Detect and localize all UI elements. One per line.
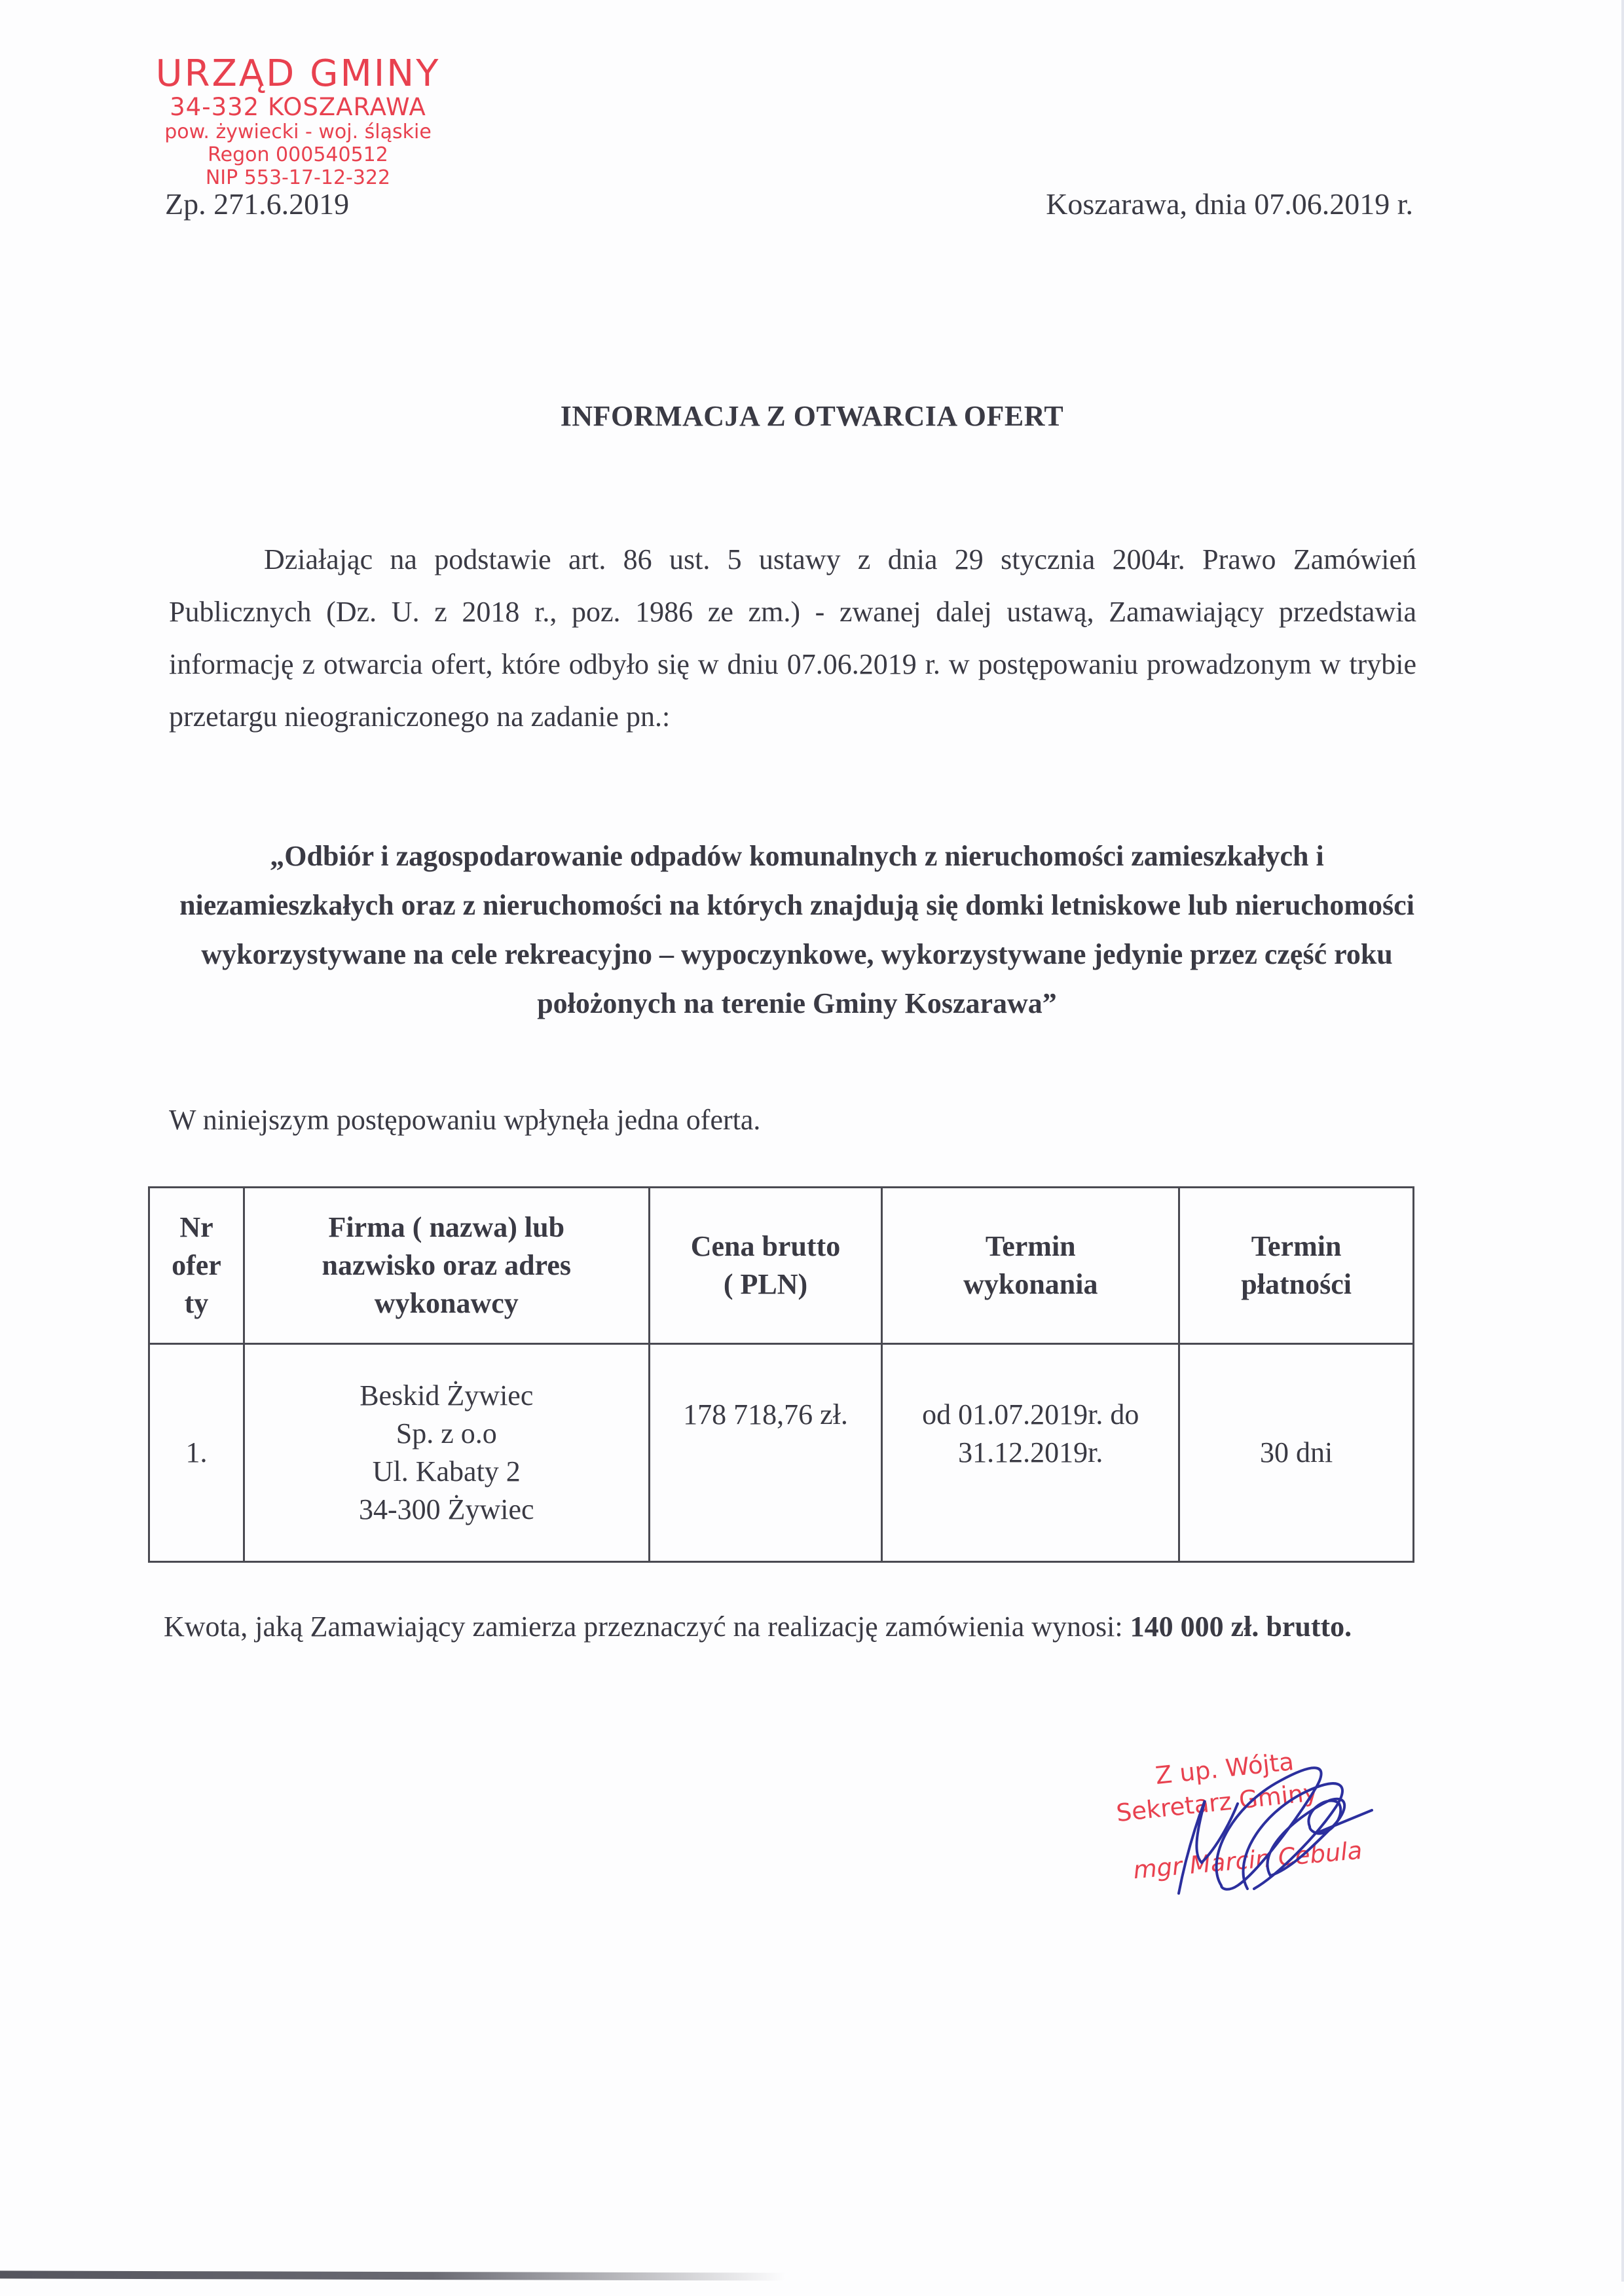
offers-count-note: W niniejszym postępowaniu wpłynęła jedna… (169, 1103, 760, 1137)
budget-paragraph: Kwota, jaką Zamawiający zamierza przezna… (164, 1601, 1414, 1653)
execution-term: od 01.07.2019r. do 31.12.2019r. (882, 1344, 1179, 1562)
stamp-postal-address: 34-332 KOSZARAWA (134, 95, 462, 119)
stamp-office-name: URZĄD GMINY (134, 56, 462, 92)
offer-number: 1. (149, 1344, 244, 1562)
header-offer-number: Nr ofer ty (149, 1188, 244, 1344)
office-stamp: URZĄD GMINY 34-332 KOSZARAWA pow. żywiec… (134, 56, 462, 188)
signature-block: Z up. Wójta Sekretarz Gminy mgr Marcin C… (1107, 1728, 1408, 1899)
budget-amount: 140 000 zł. brutto. (1130, 1611, 1352, 1643)
header-contractor: Firma ( nazwa) lub nazwisko oraz adres w… (244, 1188, 649, 1344)
gross-price: 178 718,76 zł. (649, 1344, 882, 1562)
scan-shadow-edge (0, 2270, 786, 2280)
intro-paragraph: Działając na podstawie art. 86 ust. 5 us… (169, 534, 1416, 743)
task-name: „Odbiór i zagospodarowanie odpadów komun… (172, 831, 1422, 1028)
table-row: 1. Beskid Żywiec Sp. z o.o Ul. Kabaty 2 … (149, 1344, 1414, 1562)
scan-right-edge (1621, 0, 1624, 2282)
stamp-regon: Regon 000540512 (134, 145, 462, 165)
reference-number: Zp. 271.6.2019 (165, 187, 349, 221)
stamp-nip: NIP 553-17-12-322 (134, 168, 462, 188)
budget-text: Kwota, jaką Zamawiający zamierza przezna… (164, 1611, 1130, 1643)
payment-term: 30 dni (1179, 1344, 1414, 1562)
stamp-district: pow. żywiecki - woj. śląskie (134, 122, 462, 142)
contractor: Beskid Żywiec Sp. z o.o Ul. Kabaty 2 34-… (244, 1344, 649, 1562)
document-title: INFORMACJA Z OTWARCIA OFERT (0, 399, 1624, 433)
header-gross-price: Cena brutto ( PLN) (649, 1188, 882, 1344)
header-execution-term: Termin wykonania (882, 1188, 1179, 1344)
offers-table: Nr ofer ty Firma ( nazwa) lub nazwisko o… (148, 1186, 1414, 1563)
header-payment-term: Termin płatności (1179, 1188, 1414, 1344)
table-header-row: Nr ofer ty Firma ( nazwa) lub nazwisko o… (149, 1188, 1414, 1344)
place-and-date: Koszarawa, dnia 07.06.2019 r. (1046, 187, 1413, 221)
handwritten-signature-icon (1107, 1728, 1408, 1899)
